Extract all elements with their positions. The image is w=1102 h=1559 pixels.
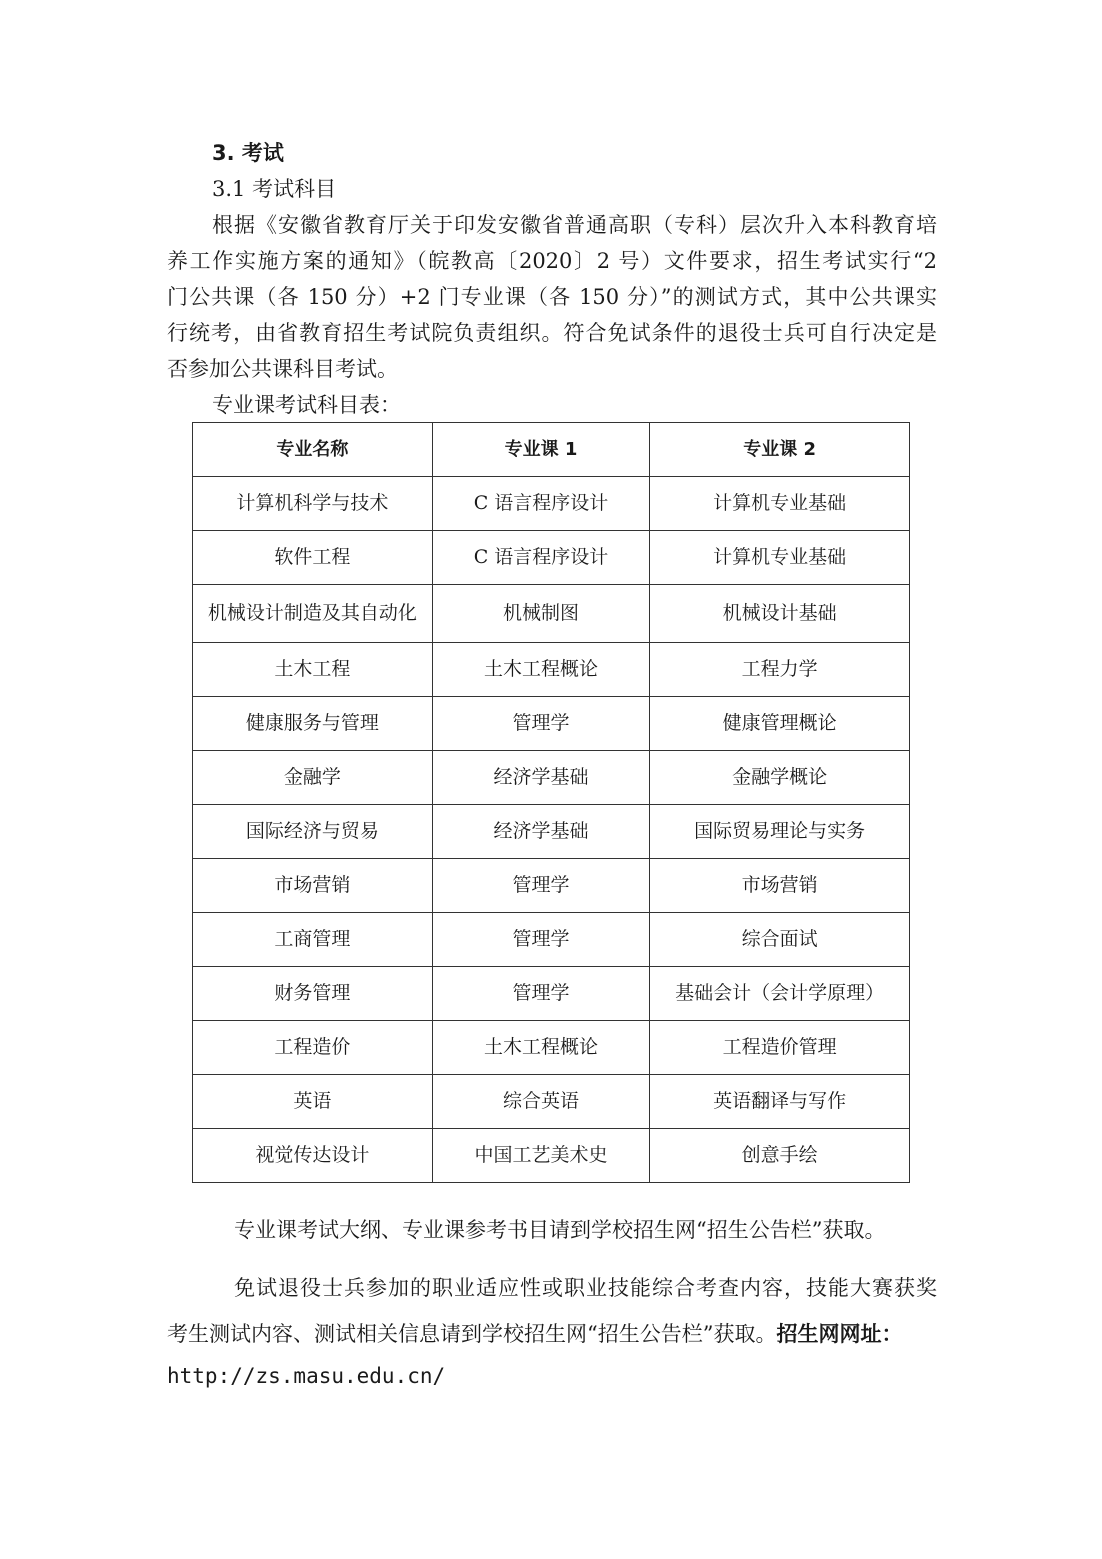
table-row: 视觉传达设计 中国工艺美术史 创意手绘	[193, 1129, 910, 1183]
cell-course-1: 综合英语	[432, 1075, 650, 1129]
cell-course-2: 计算机专业基础	[650, 477, 910, 531]
paragraph-line-4: 行统考，由省教育招生考试院负责组织。符合免试条件的退役士兵可自行决定是	[167, 315, 937, 351]
cell-course-1: 管理学	[432, 967, 650, 1021]
table-row: 软件工程 C 语言程序设计 计算机专业基础	[193, 531, 910, 585]
cell-major: 工商管理	[193, 913, 433, 967]
table-row: 金融学 经济学基础 金融学概论	[193, 751, 910, 805]
cell-major: 计算机科学与技术	[193, 477, 433, 531]
table-row: 市场营销 管理学 市场营销	[193, 859, 910, 913]
header-course-1: 专业课 1	[432, 423, 650, 477]
table-row: 工商管理 管理学 综合面试	[193, 913, 910, 967]
exam-subjects-table: 专业名称 专业课 1 专业课 2 计算机科学与技术 C 语言程序设计 计算机专业…	[192, 422, 910, 1183]
cell-course-1: 土木工程概论	[432, 643, 650, 697]
cell-course-2: 英语翻译与写作	[650, 1075, 910, 1129]
veteran-note-text: 考生测试内容、测试相关信息请到学校招生网“招生公告栏”获取。	[167, 1322, 776, 1346]
paragraph-line-1: 根据《安徽省教育厅关于印发安徽省普通高职（专科）层次升入本科教育培	[212, 207, 937, 243]
cell-course-2: 创意手绘	[650, 1129, 910, 1183]
header-course-2: 专业课 2	[650, 423, 910, 477]
table-header-row: 专业名称 专业课 1 专业课 2	[193, 423, 910, 477]
cell-course-2: 计算机专业基础	[650, 531, 910, 585]
cell-major: 视觉传达设计	[193, 1129, 433, 1183]
cell-major: 机械设计制造及其自动化	[193, 585, 433, 643]
veteran-note-line-2: 考生测试内容、测试相关信息请到学校招生网“招生公告栏”获取。招生网网址：	[167, 1316, 937, 1352]
cell-course-2: 基础会计（会计学原理）	[650, 967, 910, 1021]
section-heading: 3. 考试	[212, 135, 982, 171]
cell-course-2: 工程造价管理	[650, 1021, 910, 1075]
table-caption: 专业课考试科目表：	[212, 387, 982, 423]
table-row: 健康服务与管理 管理学 健康管理概论	[193, 697, 910, 751]
cell-course-2: 机械设计基础	[650, 585, 910, 643]
table-row: 机械设计制造及其自动化 机械制图 机械设计基础	[193, 585, 910, 643]
section-subheading: 3.1 考试科目	[212, 171, 982, 207]
table-row: 计算机科学与技术 C 语言程序设计 计算机专业基础	[193, 477, 910, 531]
cell-course-1: 中国工艺美术史	[432, 1129, 650, 1183]
cell-course-2: 国际贸易理论与实务	[650, 805, 910, 859]
table-row: 国际经济与贸易 经济学基础 国际贸易理论与实务	[193, 805, 910, 859]
cell-major: 英语	[193, 1075, 433, 1129]
table-row: 工程造价 土木工程概论 工程造价管理	[193, 1021, 910, 1075]
cell-course-2: 金融学概论	[650, 751, 910, 805]
document-page: 3. 考试 3.1 考试科目 根据《安徽省教育厅关于印发安徽省普通高职（专科）层…	[0, 0, 1102, 1559]
table-row: 财务管理 管理学 基础会计（会计学原理）	[193, 967, 910, 1021]
cell-course-1: 管理学	[432, 859, 650, 913]
cell-major: 健康服务与管理	[193, 697, 433, 751]
cell-course-1: C 语言程序设计	[432, 477, 650, 531]
cell-major: 工程造价	[193, 1021, 433, 1075]
cell-course-1: 机械制图	[432, 585, 650, 643]
syllabus-note: 专业课考试大纲、专业课参考书目请到学校招生网“招生公告栏”获取。	[234, 1212, 934, 1248]
cell-major: 国际经济与贸易	[193, 805, 433, 859]
paragraph-line-3: 门公共课（各 150 分）+2 门专业课（各 150 分）”的测试方式，其中公共…	[167, 279, 937, 315]
cell-course-1: 经济学基础	[432, 805, 650, 859]
cell-course-1: C 语言程序设计	[432, 531, 650, 585]
paragraph-line-2: 养工作实施方案的通知》（皖教高〔2020〕2 号）文件要求，招生考试实行“2	[167, 243, 937, 279]
header-major: 专业名称	[193, 423, 433, 477]
table-row: 土木工程 土木工程概论 工程力学	[193, 643, 910, 697]
website-label: 招生网网址：	[776, 1322, 902, 1346]
cell-major: 市场营销	[193, 859, 433, 913]
cell-course-1: 土木工程概论	[432, 1021, 650, 1075]
cell-course-2: 综合面试	[650, 913, 910, 967]
cell-major: 土木工程	[193, 643, 433, 697]
cell-major: 金融学	[193, 751, 433, 805]
cell-course-2: 健康管理概论	[650, 697, 910, 751]
cell-major: 财务管理	[193, 967, 433, 1021]
cell-course-1: 经济学基础	[432, 751, 650, 805]
cell-course-1: 管理学	[432, 697, 650, 751]
cell-course-2: 市场营销	[650, 859, 910, 913]
veteran-note-line-1: 免试退役士兵参加的职业适应性或职业技能综合考查内容，技能大赛获奖	[234, 1270, 937, 1306]
cell-major: 软件工程	[193, 531, 433, 585]
website-url[interactable]: http://zs.masu.edu.cn/	[167, 1358, 937, 1394]
cell-course-1: 管理学	[432, 913, 650, 967]
paragraph-line-5: 否参加公共课科目考试。	[167, 351, 937, 387]
cell-course-2: 工程力学	[650, 643, 910, 697]
table-row: 英语 综合英语 英语翻译与写作	[193, 1075, 910, 1129]
